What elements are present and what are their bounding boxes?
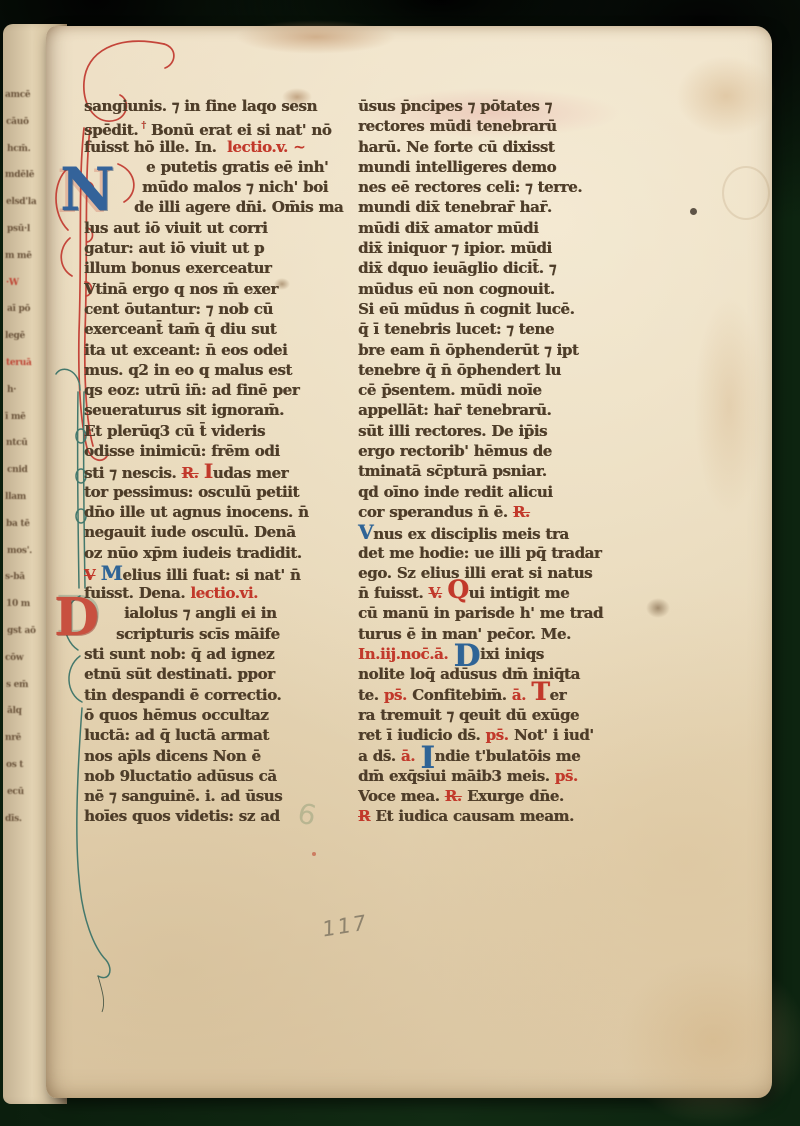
- text-segment: Et plerūq3 cū t̄ videris: [84, 422, 265, 440]
- underlying-text-fragment: 10 m: [6, 599, 30, 609]
- manuscript-line: fuisst. Dena. lectio.vi.: [84, 583, 360, 603]
- manuscript-line: gatur: aut iō viuit ut p: [84, 238, 360, 258]
- text-segment: dix̄ dquo ieuāglio dicit̄. ⁊: [358, 259, 556, 277]
- manuscript-line: sūt illi rectores. De ip̄is: [358, 421, 650, 441]
- manuscript-line: sti sunt nob: q̄ ad ignez: [84, 644, 360, 664]
- text-segment: tin despandi ē correctio.: [84, 686, 281, 704]
- text-segment: cē p̄sentem. mūdi noīe: [358, 381, 542, 399]
- text-segment: sti ⁊ nescis.: [84, 464, 182, 482]
- manuscript-line: mūdi dix̄ amator mūdi: [358, 218, 650, 238]
- damp-stain-bottom-right: [618, 956, 800, 1126]
- manuscript-line: nes eē rectores celi: ⁊ terre.: [358, 177, 650, 197]
- underlying-text-fragment: nrē: [5, 733, 21, 743]
- manuscript-line: qs eoz: utrū in̄: ad finē per: [84, 380, 360, 400]
- underlying-text-fragment: mos'.: [7, 545, 32, 555]
- manuscript-line: de illi agere dn̄i. Om̄is ma: [84, 197, 360, 217]
- manuscript-line: Si eū mūdus n̄ cognit lucē.: [358, 299, 650, 319]
- underlying-text-fragment: elsd'la: [6, 197, 37, 207]
- text-segment: Voce mea.: [358, 787, 445, 805]
- text-segment: mūdo malos ⁊ nich' boi: [142, 178, 328, 196]
- underlying-text-fragment: m mē: [5, 251, 32, 261]
- text-segment: dm̄ exq̄siui māib3 meis.: [358, 767, 555, 785]
- manuscript-line: tor pessimus: osculū petiit: [84, 482, 360, 502]
- underlying-text-fragment: ·W: [6, 278, 19, 288]
- text-segment: nob 9luctatio adūsus cā: [84, 767, 277, 785]
- underlying-text-fragment: psū·l: [7, 224, 30, 234]
- text-segment: ergo rectorib' hēmus de: [358, 442, 552, 460]
- manuscript-line: q̄ ī tenebris lucet: ⁊ tene: [358, 319, 650, 339]
- rubric-segment: I: [204, 459, 213, 483]
- text-segment: illum bonus exerceatur: [84, 259, 271, 277]
- manuscript-line: lus aut iō viuit ut corri: [84, 218, 360, 238]
- manuscript-line: ō quos hēmus occultaz: [84, 705, 360, 725]
- manuscript-line: sangiunis. ⁊ in fine laqo sesn: [84, 96, 360, 116]
- manuscript-line: nolite loq̄ adūsus dm̄ iniq̄ta: [358, 664, 650, 684]
- text-segment: mundi dix̄ tenebrar̄ har̄.: [358, 198, 552, 216]
- underlying-text-fragment: cāuō: [6, 117, 29, 127]
- text-segment: nus ex disciplis meis tra: [373, 525, 569, 543]
- underlying-text-fragment: h·: [7, 385, 16, 395]
- manuscript-line: hoīes quos videtis: sz ad: [84, 806, 360, 826]
- text-segment: mus. q2 in eo q malus est: [84, 361, 292, 379]
- text-segment: ūsus p̄ncipes ⁊ pōtates ⁊: [358, 97, 552, 115]
- text-segment: sti sunt nob: q̄ ad ignez: [84, 645, 274, 663]
- manuscript-line: ret ī iudicio ds̄. ps̄. Not' i iud': [358, 725, 650, 745]
- text-segment: rectores mūdi tenebrarū: [358, 117, 556, 135]
- rubric-segment: V: [358, 520, 373, 544]
- manuscript-line: ita ut exceant: n̄ eos odei: [84, 340, 360, 360]
- text-segment: ndie t'bulatōis me: [435, 747, 581, 765]
- rubric-segment: lectio.v. ~: [227, 138, 305, 156]
- manuscript-line: qd oīno inde redit alicui: [358, 482, 650, 502]
- manuscript-line: e putetis gratis eē inh': [84, 157, 360, 177]
- manuscript-line: appellāt: har̄ tenebrarū.: [358, 400, 650, 420]
- text-segment: te.: [358, 686, 384, 704]
- manuscript-line: ego. Sz elius illi erat si natus: [358, 563, 650, 583]
- manuscript-line: dm̄ exq̄siui māib3 meis. ps̄.: [358, 766, 650, 786]
- text-segment: ego. Sz elius illi erat si natus: [358, 564, 592, 582]
- underlying-text-fragment: legē: [5, 331, 25, 341]
- text-segment: cū manū in parisde h' me trad: [358, 604, 603, 622]
- stain-top-edge: [236, 20, 396, 54]
- text-segment: ialolus ⁊ angli ei in: [124, 604, 276, 622]
- text-segment: bre eam n̄ ōphenderūt ⁊ ipt: [358, 341, 578, 359]
- manuscript-line: tenebre q̄ n̄ ōphendert lu: [358, 360, 650, 380]
- text-column-left: sangiunis. ⁊ in fine laqo sesnspēdit. † …: [84, 96, 360, 827]
- manuscript-line: exerceant̄ tam̄ q̄ diu sut: [84, 319, 360, 339]
- rubric-segment: In.iij.noc̄.ā.: [358, 645, 454, 663]
- manuscript-line: cē p̄sentem. mūdi noīe: [358, 380, 650, 400]
- underlying-text-fragment: s-bā: [5, 572, 25, 582]
- manuscript-line: ūsus p̄ncipes ⁊ pōtates ⁊: [358, 96, 650, 116]
- text-segment: sūt illi rectores. De ip̄is: [358, 422, 547, 440]
- text-segment: mundi intelligeres demo: [358, 158, 556, 176]
- underlying-text-fragment: hcm̄.: [7, 143, 31, 153]
- manuscript-line: illum bonus exerceatur: [84, 258, 360, 278]
- text-segment: negauit iude osculū. Denā: [84, 523, 295, 541]
- text-segment: appellāt: har̄ tenebrarū.: [358, 401, 551, 419]
- text-segment: q̄ ī tenebris lucet: ⁊ tene: [358, 320, 554, 338]
- text-segment: dn̄o ille ut agnus inocens. n̄: [84, 503, 309, 521]
- underlying-text-fragment: amcē: [5, 90, 30, 100]
- rubric-segment: †: [138, 121, 146, 131]
- text-segment: harū. Ne forte cū dixisst: [358, 138, 554, 156]
- rubric-segment: V: [84, 566, 95, 584]
- underlying-text-fragment: ecū: [7, 787, 24, 797]
- text-segment: Si eū mūdus n̄ cognit lucē.: [358, 300, 574, 318]
- underlying-text-fragment: mdēlē: [5, 170, 34, 180]
- manuscript-line: seueraturus sit ignoram̄.: [84, 400, 360, 420]
- manuscript-line: sti ⁊ nescis. R. Iudas mer: [84, 461, 360, 481]
- text-segment: Confitebim̄.: [407, 686, 512, 704]
- manuscript-line: spēdit. † Bonū erat ei si nat' nō: [84, 116, 360, 136]
- text-segment: tenebre q̄ n̄ ōphendert lu: [358, 361, 561, 379]
- tiny-red-dot: [312, 852, 316, 856]
- rubric-segment: ā.: [401, 747, 415, 765]
- underlying-text-fragment: cōw: [5, 653, 23, 663]
- text-segment: nes eē rectores celi: ⁊ terre.: [358, 178, 582, 196]
- manuscript-line: nē ⁊ sanguinē. i. ad ūsus: [84, 786, 360, 806]
- manuscript-line: bre eam n̄ ōphenderūt ⁊ ipt: [358, 340, 650, 360]
- manuscript-line: cor sperandus n̄ ē. R.: [358, 502, 650, 522]
- text-segment: ita ut exceant: n̄ eos odei: [84, 341, 287, 359]
- manuscript-line: negauit iude osculū. Denā: [84, 522, 360, 542]
- manuscript-line: cent ōutantur: ⁊ nob cū: [84, 299, 360, 319]
- underlying-text-fragment: ba tē: [6, 519, 30, 529]
- manuscript-line: etnū sūt destinati. ppor: [84, 664, 360, 684]
- text-segment: er: [550, 686, 567, 704]
- text-segment: n̄ fuisst.: [358, 584, 428, 602]
- manuscript-line: turus ē in man' pec̄or. Me.: [358, 624, 650, 644]
- underlying-text-fragment: dīs.: [5, 814, 22, 824]
- text-segment: fuisst hō ille. In.: [84, 138, 227, 156]
- underlying-text-fragment: teruā: [6, 358, 32, 368]
- text-column-right: ūsus p̄ncipes ⁊ pōtates ⁊rectores mūdi t…: [358, 96, 650, 827]
- text-segment: hoīes quos videtis: sz ad: [84, 807, 280, 825]
- underlying-text-fragment: ī mē: [5, 412, 26, 422]
- text-segment: qs eoz: utrū in̄: ad finē per: [84, 381, 299, 399]
- faint-circular-mark: [722, 166, 770, 220]
- text-segment: scripturis scīs māife: [116, 625, 280, 643]
- text-segment: Exurge dn̄e.: [462, 787, 564, 805]
- rubric-segment: lectio.vi.: [190, 584, 258, 602]
- manuscript-line: mūdo malos ⁊ nich' boi: [84, 177, 360, 197]
- text-segment: sangiunis. ⁊ in fine laqo sesn: [84, 97, 317, 115]
- manuscript-photo: amcēcāuōhcm̄.mdēlēelsd'lapsū·lm mē·Waī p…: [0, 0, 800, 1126]
- manuscript-line: det me hodie: ue illi pq̄ tradar: [358, 543, 650, 563]
- text-segment: elius illi fuat: si nat' n̄: [122, 566, 300, 584]
- manuscript-line: ra tremuit ⁊ qeuit dū exūge: [358, 705, 650, 725]
- text-segment: det me hodie: ue illi pq̄ tradar: [358, 544, 601, 562]
- manuscript-line: dix̄ iniquor ⁊ ipior. mūdi: [358, 238, 650, 258]
- text-segment: de illi agere dn̄i. Om̄is ma: [134, 198, 343, 216]
- pencil-folio-number: 117: [322, 910, 368, 942]
- manuscript-line: tin despandi ē correctio.: [84, 685, 360, 705]
- manuscript-line: oz nūo xp̄m iudeis tradidit.: [84, 543, 360, 563]
- manuscript-line: n̄ fuisst. V. Qui intigit me: [358, 583, 650, 603]
- manuscript-line: cū manū in parisde h' me trad: [358, 603, 650, 623]
- underlying-text-fragment: ntcū: [6, 438, 28, 448]
- rubric-segment: R: [358, 807, 370, 825]
- manuscript-line: a ds̄. ā. Indie t'bulatōis me: [358, 746, 650, 766]
- rubric-segment: ā.: [512, 686, 526, 704]
- manuscript-line: dix̄ dquo ieuāglio dicit̄. ⁊: [358, 258, 650, 278]
- underlying-text-fragment: cnid: [7, 465, 28, 475]
- text-segment: e putetis gratis eē inh': [146, 158, 328, 176]
- underlying-text-fragment: s em̄: [6, 679, 28, 689]
- rubric-segment: ps̄.: [555, 767, 578, 785]
- ink-dot: [690, 208, 697, 215]
- manuscript-line: Voce mea. R. Exurge dn̄e.: [358, 786, 650, 806]
- text-segment: Vtinā ergo q nos m̄ exer: [84, 280, 278, 298]
- manuscript-line: nob 9luctatio adūsus cā: [84, 766, 360, 786]
- text-segment: tor pessimus: osculū petiit: [84, 483, 299, 501]
- manuscript-line: In.iij.noc̄.ā. Dixi iniqs: [358, 644, 650, 664]
- stain-top-right: [676, 56, 776, 136]
- rubric-segment: Q: [447, 575, 468, 604]
- text-segment: nos ap̄ls dicens Non ē: [84, 747, 261, 765]
- manuscript-line: luctā: ad q̄ luctā armat: [84, 725, 360, 745]
- text-segment: Not' i iud': [509, 726, 594, 744]
- text-segment: ixi iniqs: [480, 645, 544, 663]
- text-segment: ui intigit me: [469, 584, 570, 602]
- underlying-text-fragment: ālq: [7, 706, 22, 716]
- text-segment: udas mer: [213, 464, 288, 482]
- underlying-text-fragment: llam: [5, 492, 26, 502]
- text-segment: mūdi dix̄ amator mūdi: [358, 219, 538, 237]
- manuscript-line: ergo rectorib' hēmus de: [358, 441, 650, 461]
- text-segment: gatur: aut iō viuit ut p: [84, 239, 264, 257]
- manuscript-line: dn̄o ille ut agnus inocens. n̄: [84, 502, 360, 522]
- text-segment: ō quos hēmus occultaz: [84, 706, 268, 724]
- text-segment: lus aut iō viuit ut corri: [84, 219, 267, 237]
- text-segment: exerceant̄ tam̄ q̄ diu sut: [84, 320, 276, 338]
- rubric-segment: ps̄.: [384, 686, 407, 704]
- manuscript-line: te. ps̄. Confitebim̄. ā. Ter: [358, 685, 650, 705]
- text-segment: odisse inimicū: frēm odi: [84, 442, 280, 460]
- underlying-text-fragment: aī pō: [7, 304, 30, 314]
- text-segment: cent ōutantur: ⁊ nob cū: [84, 300, 273, 318]
- manuscript-line: Vnus ex disciplis meis tra: [358, 522, 650, 542]
- manuscript-line: nos ap̄ls dicens Non ē: [84, 746, 360, 766]
- text-segment: oz nūo xp̄m iudeis tradidit.: [84, 544, 302, 562]
- manuscript-line: R Et iudica causam meam.: [358, 806, 650, 826]
- manuscript-line: fuisst hō ille. In. lectio.v. ~: [84, 137, 360, 157]
- rubric-segment: V.: [428, 584, 441, 602]
- manuscript-line: harū. Ne forte cū dixisst: [358, 137, 650, 157]
- text-segment: qd oīno inde redit alicui: [358, 483, 553, 501]
- text-segment: cor sperandus n̄ ē.: [358, 503, 513, 521]
- manuscript-page: 6: [46, 26, 772, 1098]
- manuscript-line: tminatā sc̄pturā psniar.: [358, 461, 650, 481]
- manuscript-line: Vtinā ergo q nos m̄ exer: [84, 279, 360, 299]
- underlying-text-fragment: gst aō: [7, 626, 36, 636]
- manuscript-line: V Melius illi fuat: si nat' n̄: [84, 563, 360, 583]
- text-segment: ra tremuit ⁊ qeuit dū exūge: [358, 706, 579, 724]
- text-segment: tminatā sc̄pturā psniar.: [358, 462, 547, 480]
- manuscript-line: rectores mūdi tenebrarū: [358, 116, 650, 136]
- text-segment: luctā: ad q̄ luctā armat: [84, 726, 269, 744]
- underlying-text-fragment: os t: [6, 760, 23, 770]
- manuscript-line: mundi dix̄ tenebrar̄ har̄.: [358, 197, 650, 217]
- rubric-segment: M: [101, 561, 123, 585]
- rubric-segment: ps̄.: [486, 726, 509, 744]
- manuscript-line: mus. q2 in eo q malus est: [84, 360, 360, 380]
- manuscript-line: scripturis scīs māife: [84, 624, 360, 644]
- text-segment: dix̄ iniquor ⁊ ipior. mūdi: [358, 239, 552, 257]
- manuscript-line: mundi intelligeres demo: [358, 157, 650, 177]
- text-segment: nē ⁊ sanguinē. i. ad ūsus: [84, 787, 282, 805]
- manuscript-line: mūdus eū non cognouit.: [358, 279, 650, 299]
- manuscript-line: odisse inimicū: frēm odi: [84, 441, 360, 461]
- rubric-segment: R.: [513, 503, 530, 521]
- rubric-segment: T: [531, 677, 549, 706]
- text-segment: a ds̄.: [358, 747, 401, 765]
- text-segment: Et iudica causam meam.: [370, 807, 574, 825]
- manuscript-line: Et plerūq3 cū t̄ videris: [84, 421, 360, 441]
- foxing-right-margin: [694, 296, 764, 516]
- manuscript-line: ialolus ⁊ angli ei in: [84, 603, 360, 623]
- rubric-segment: R.: [182, 464, 199, 482]
- text-segment: seueraturus sit ignoram̄.: [84, 401, 284, 419]
- rubric-segment: R.: [445, 787, 462, 805]
- text-segment: mūdus eū non cognouit.: [358, 280, 555, 298]
- text-segment: etnū sūt destinati. ppor: [84, 665, 275, 683]
- text-segment: fuisst. Dena.: [84, 584, 190, 602]
